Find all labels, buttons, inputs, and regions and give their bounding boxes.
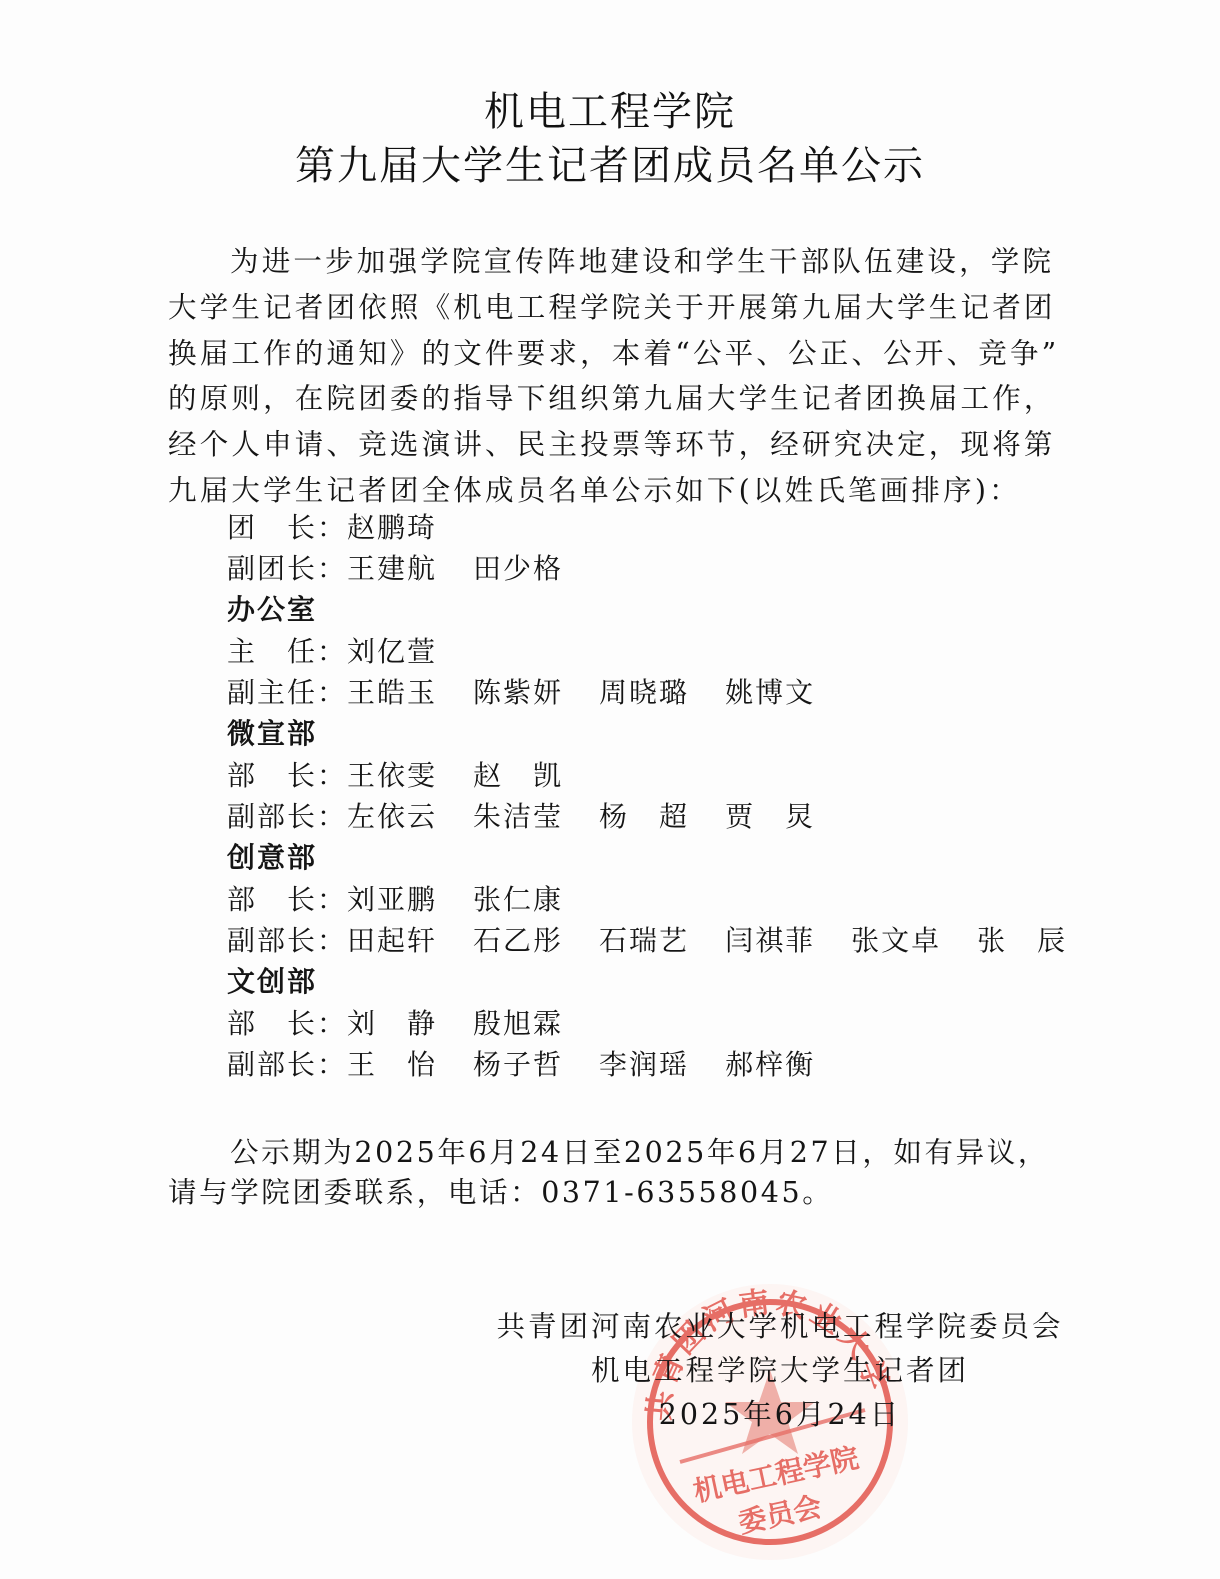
department-heading: 微宣部 xyxy=(227,713,1103,755)
member-name: 张 辰 xyxy=(977,920,1067,961)
member-name: 王 怡 xyxy=(347,1044,437,1085)
signature-org-press-corps: 机电工程学院大学生记者团 xyxy=(470,1349,1090,1393)
intro-line: 换届工作的通知》的文件要求，本着“公平、公正、公开、竞争” xyxy=(168,331,1068,377)
member-name: 周晓璐 xyxy=(599,672,689,713)
member-name: 王建航 xyxy=(347,548,437,589)
roster-row-dept-deputies: 副部长：左依云朱洁莹杨 超贾 炅 xyxy=(227,796,1103,837)
member-name: 石瑞艺 xyxy=(599,920,689,961)
role-label: 副主任： xyxy=(227,672,347,713)
member-name: 田少格 xyxy=(473,548,563,589)
roster-row-dept-deputies: 副部长：王 怡杨子哲李润瑶郝梓衡 xyxy=(227,1044,1103,1085)
intro-line: 为进一步加强学院宣传阵地建设和学生干部队伍建设，学院 xyxy=(168,239,1068,285)
member-name: 朱洁莹 xyxy=(473,796,563,837)
member-name: 石乙彤 xyxy=(473,920,563,961)
member-name: 赵 凯 xyxy=(473,755,563,796)
member-name: 郝梓衡 xyxy=(725,1044,815,1085)
roster-row-leader: 团 长：赵鹏琦 xyxy=(227,507,1103,548)
member-name: 赵鹏琦 xyxy=(347,507,437,548)
role-label: 主 任： xyxy=(227,631,347,672)
roster-row-dept-deputies: 副主任：王皓玉陈紫妍周晓璐姚博文 xyxy=(227,672,1103,713)
document-title-main: 第九届大学生记者团成员名单公示 xyxy=(0,134,1220,191)
intro-line: 经个人申请、竞选演讲、民主投票等环节，经研究决定，现将第 xyxy=(168,422,1068,468)
member-name: 闫祺菲 xyxy=(725,920,815,961)
notice-line: 请与学院团委联系，电话：0371-63558045。 xyxy=(168,1173,1049,1213)
roster-row-dept-head: 部 长：刘 静殷旭霖 xyxy=(227,1003,1103,1044)
roster-row-dept-deputies: 副部长：田起轩石乙彤石瑞艺闫祺菲张文卓张 辰 xyxy=(227,920,1103,961)
member-name: 张仁康 xyxy=(473,879,563,920)
member-name: 姚博文 xyxy=(725,672,815,713)
department-heading: 办公室 xyxy=(227,589,1103,631)
role-label: 副部长： xyxy=(227,920,347,961)
member-roster: 团 长：赵鹏琦 副团长：王建航田少格 办公室 主 任：刘亿萱 副主任：王皓玉陈紫… xyxy=(227,507,1103,1085)
roster-row-dept-head: 部 长：刘亚鹏张仁康 xyxy=(227,879,1103,920)
role-label: 部 长： xyxy=(227,1003,347,1044)
department-heading: 创意部 xyxy=(227,837,1103,879)
member-name: 刘 静 xyxy=(347,1003,437,1044)
roster-row-deputy-leaders: 副团长：王建航田少格 xyxy=(227,548,1103,589)
publicity-notice: 公示期为2025年6月24日至2025年6月27日，如有异议， 请与学院团委联系… xyxy=(168,1133,1049,1213)
member-name: 左依云 xyxy=(347,796,437,837)
role-label: 副团长： xyxy=(227,548,347,589)
department-heading: 文创部 xyxy=(227,961,1103,1003)
member-name: 李润瑶 xyxy=(599,1044,689,1085)
member-name: 张文卓 xyxy=(851,920,941,961)
member-name: 刘亿萱 xyxy=(347,631,437,672)
signature-block: 共青团河南农业大学机电工程学院委员会 机电工程学院大学生记者团 2025年6月2… xyxy=(470,1305,1090,1437)
role-label: 副部长： xyxy=(227,1044,347,1085)
intro-paragraph: 为进一步加强学院宣传阵地建设和学生干部队伍建设，学院 大学生记者团依照《机电工程… xyxy=(168,239,1068,514)
intro-line: 的原则，在院团委的指导下组织第九届大学生记者团换届工作， xyxy=(168,376,1068,422)
member-name: 陈紫妍 xyxy=(473,672,563,713)
role-label: 部 长： xyxy=(227,879,347,920)
roster-row-dept-head: 部 长：王依雯赵 凯 xyxy=(227,755,1103,796)
notice-line: 公示期为2025年6月24日至2025年6月27日，如有异议， xyxy=(168,1133,1049,1173)
member-name: 殷旭霖 xyxy=(473,1003,563,1044)
role-label: 团 长： xyxy=(227,507,347,548)
member-name: 田起轩 xyxy=(347,920,437,961)
intro-line: 大学生记者团依照《机电工程学院关于开展第九届大学生记者团 xyxy=(168,285,1068,331)
signature-org-committee: 共青团河南农业大学机电工程学院委员会 xyxy=(470,1305,1090,1349)
member-name: 刘亚鹏 xyxy=(347,879,437,920)
member-name: 王皓玉 xyxy=(347,672,437,713)
member-name: 杨子哲 xyxy=(473,1044,563,1085)
role-label: 副部长： xyxy=(227,796,347,837)
member-name: 杨 超 xyxy=(599,796,689,837)
member-name: 贾 炅 xyxy=(725,796,815,837)
document-title-college: 机电工程学院 xyxy=(0,80,1220,137)
member-name: 王依雯 xyxy=(347,755,437,796)
document-page: 机电工程学院 第九届大学生记者团成员名单公示 为进一步加强学院宣传阵地建设和学生… xyxy=(0,0,1220,1579)
signature-date: 2025年6月24日 xyxy=(470,1393,1090,1437)
roster-row-dept-head: 主 任：刘亿萱 xyxy=(227,631,1103,672)
role-label: 部 长： xyxy=(227,755,347,796)
